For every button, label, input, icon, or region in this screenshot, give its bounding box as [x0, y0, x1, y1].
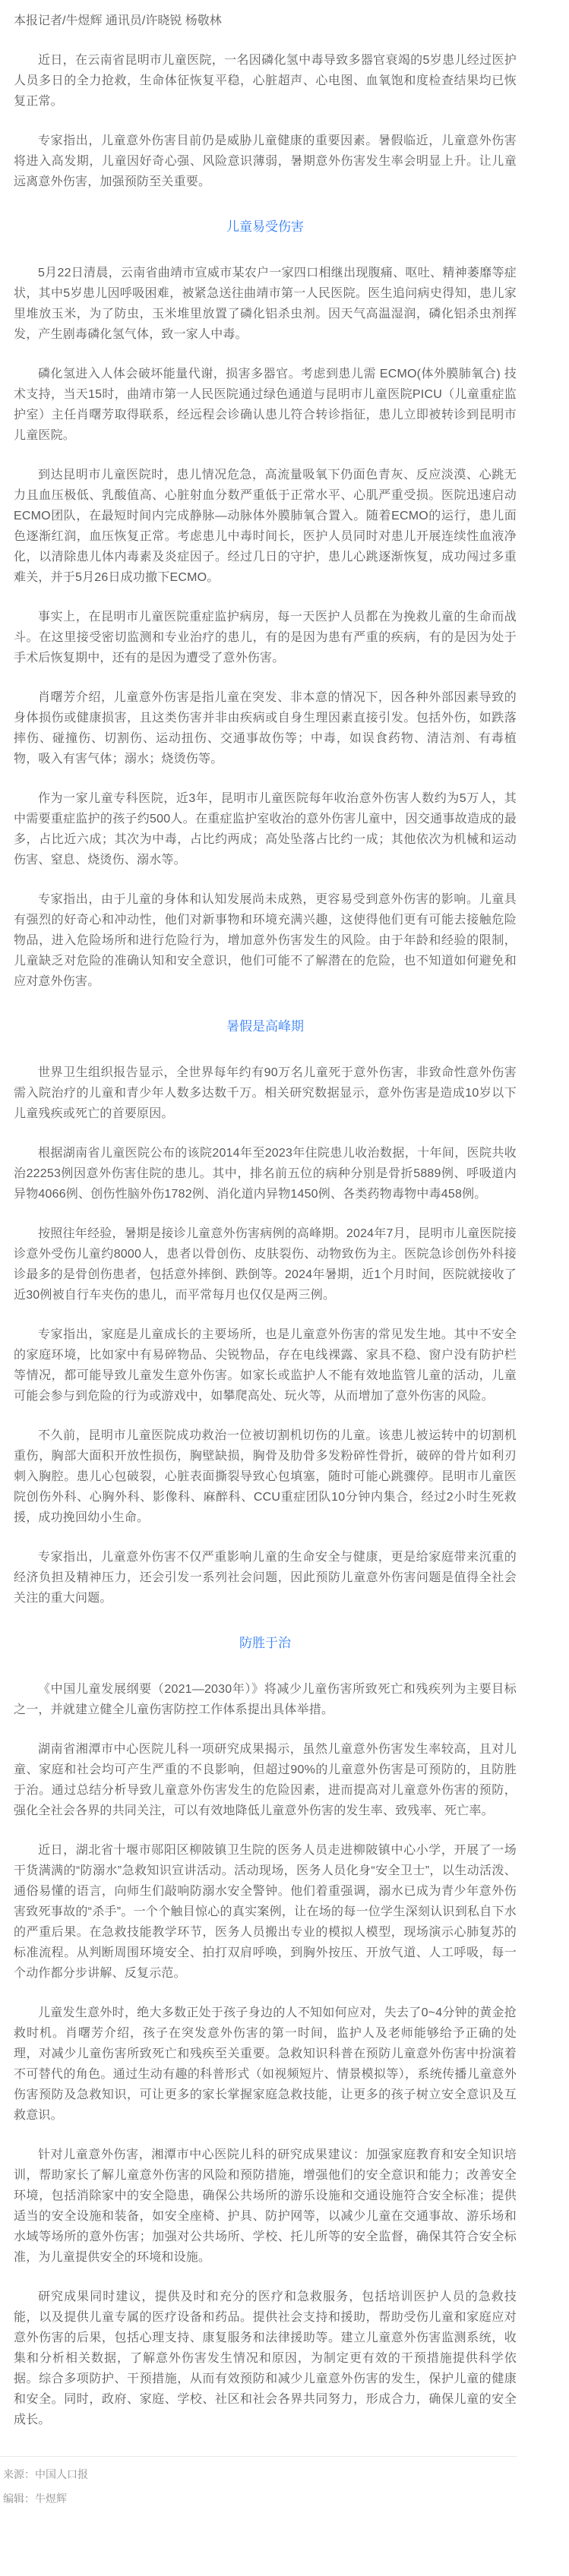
paragraph: 湖南省湘潭市中心医院儿科一项研究成果揭示，虽然儿童意外伤害发生率较高，且对儿童、… — [14, 1739, 517, 1821]
article-footer: 来源：中国人口报 编辑：牛煜辉 — [0, 2456, 517, 2520]
paragraph: 到达昆明市儿童医院时，患儿情况危急，高流量吸氧下仍面色青灰、反应淡漠、心跳无力且… — [14, 465, 517, 588]
paragraph: 《中国儿童发展纲要（2021—2030年）》将减少儿童伤害所致死亡和残疾列为主要… — [14, 1679, 517, 1720]
paragraph: 针对儿童意外伤害，湘潭市中心医院儿科的研究成果建议：加强家庭教育和安全知识培训，… — [14, 2145, 517, 2268]
paragraph: 按照往年经验，暑期是接诊儿童意外伤害病例的高峰期。2024年7月，昆明市儿童医院… — [14, 1223, 517, 1305]
paragraph: 根据湖南省儿童医院公布的该院2014年至2023年住院患儿收治数据，十年间，医院… — [14, 1143, 517, 1204]
section-heading-summer-peak: 暑假是高峰期 — [14, 1016, 517, 1037]
article-page: 本报记者/牛煜辉 通讯员/许晓锐 杨敬林 近日，在云南省昆明市儿童医院，一名因磷… — [0, 0, 569, 2520]
source-line: 来源：中国人口报 — [3, 2467, 517, 2482]
section-heading-children-vulnerable: 儿童易受伤害 — [14, 216, 517, 237]
article-body: 本报记者/牛煜辉 通讯员/许晓锐 杨敬林 近日，在云南省昆明市儿童医院，一名因磷… — [0, 11, 569, 2430]
paragraph: 专家指出，儿童意外伤害目前仍是威胁儿童健康的重要因素。暑假临近，儿童意外伤害将进… — [14, 131, 517, 192]
paragraph: 专家指出，儿童意外伤害不仅严重影响儿童的生命安全与健康，更是给家庭带来沉重的经济… — [14, 1547, 517, 1608]
paragraph: 磷化氢进入人体会破坏能量代谢，损害多器官。考虑到患儿需 ECMO(体外膜肺氧合)… — [14, 364, 517, 446]
paragraph: 近日，在云南省昆明市儿童医院，一名因磷化氢中毒导致多器官衰竭的5岁患儿经过医护人… — [14, 50, 517, 112]
paragraph: 专家指出，由于儿童的身体和认知发展尚未成熟，更容易受到意外伤害的影响。儿童具有强… — [14, 889, 517, 992]
paragraph: 作为一家儿童专科医院，近3年，昆明市儿童医院每年收治意外伤害人数约为5万人，其中… — [14, 788, 517, 870]
paragraph: 5月22日清晨，云南省曲靖市宣威市某农户一家四口相继出现腹痛、呕吐、精神萎靡等症… — [14, 263, 517, 345]
section-heading-prevention: 防胜于治 — [14, 1633, 517, 1653]
paragraph: 研究成果同时建议，提供及时和充分的医疗和急救服务，包括培训医护人员的急救技能，以… — [14, 2287, 517, 2430]
paragraph: 近日，湖北省十堰市郧阳区柳陂镇卫生院的医务人员走进柳陂镇中心小学，开展了一场干货… — [14, 1840, 517, 1984]
paragraph: 事实上，在昆明市儿童医院重症监护病房，每一天医护人员都在为挽救儿童的生命而战斗。… — [14, 607, 517, 668]
paragraph: 不久前，昆明市儿童医院成功救治一位被切割机切伤的儿童。该患儿被运转中的切割机重伤… — [14, 1425, 517, 1528]
paragraph: 世界卫生组织报告显示，全世界每年约有90万名儿童死于意外伤害，非致命性意外伤害需… — [14, 1062, 517, 1124]
paragraph: 专家指出，家庭是儿童成长的主要场所，也是儿童意外伤害的常见发生地。其中不安全的家… — [14, 1324, 517, 1406]
article-byline: 本报记者/牛煜辉 通讯员/许晓锐 杨敬林 — [14, 11, 517, 31]
editor-line: 编辑：牛煜辉 — [3, 2491, 517, 2506]
paragraph: 肖曙芳介绍，儿童意外伤害是指儿童在突发、非本意的情况下，因各种外部因素导致的身体… — [14, 687, 517, 769]
paragraph: 儿童发生意外时，绝大多数正处于孩子身边的人不知如何应对，失去了0~4分钟的黄金抢… — [14, 2003, 517, 2126]
